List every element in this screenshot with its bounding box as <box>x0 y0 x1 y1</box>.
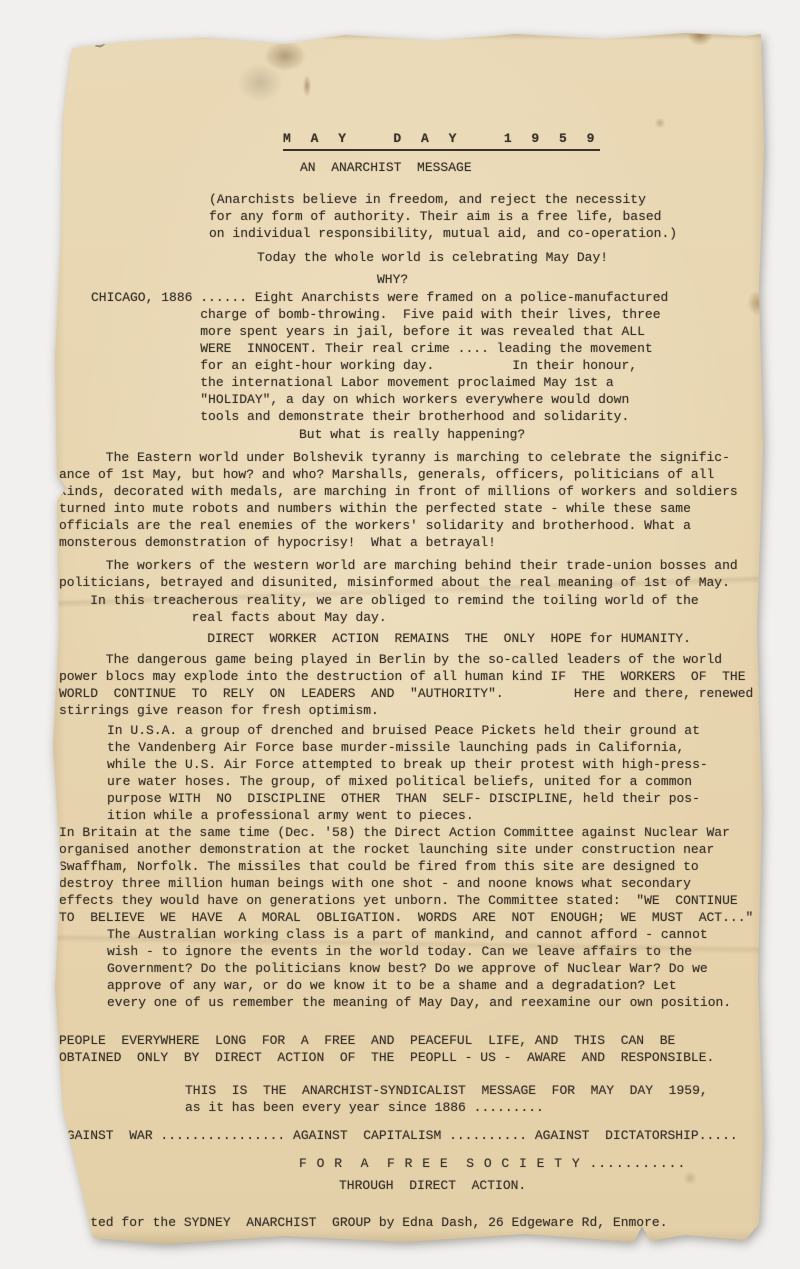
doc-subtitle: AN ANARCHIST MESSAGE <box>300 159 761 176</box>
usa-paragraph: In U.S.A. a group of drenched and bruise… <box>107 722 761 824</box>
doc-title: M A Y D A Y 1 9 5 9 <box>283 130 761 151</box>
eastern-world-paragraph: The Eastern world under Bolshevik tyrann… <box>59 449 761 551</box>
scanned-leaflet: M A Y D A Y 1 9 5 9 AN ANARCHIST MESSAGE… <box>0 0 800 1269</box>
chicago-paragraph: CHICAGO, 1886 ...... Eight Anarchists we… <box>91 289 761 425</box>
berlin-paragraph: The dangerous game being played in Berli… <box>59 651 761 719</box>
people-everywhere-paragraph: PEOPLE EVERYWHERE LONG FOR A FREE AND PE… <box>59 1032 761 1066</box>
happening-heading: But what is really happening? <box>299 426 761 443</box>
britain-paragraph: In Britain at the same time (Dec. '58) t… <box>59 824 761 926</box>
why-heading: WHY? <box>377 271 761 288</box>
australia-paragraph: The Australian working class is a part o… <box>107 926 761 1011</box>
through-direct-action-line: THROUGH DIRECT ACTION. <box>339 1177 761 1194</box>
syndicalist-message-paragraph: THIS IS THE ANARCHIST-SYNDICALIST MESSAG… <box>185 1082 761 1116</box>
western-world-paragraph: The workers of the western world are mar… <box>59 557 761 591</box>
intro-paragraph: (Anarchists believe in freedom, and reje… <box>209 191 761 242</box>
paper-shadow: M A Y D A Y 1 9 5 9 AN ANARCHIST MESSAGE… <box>0 0 800 1269</box>
free-society-slogan: F O R A F R E E S O C I E T Y ..........… <box>299 1155 761 1172</box>
treacherous-paragraph: In this treacherous reality, we are obli… <box>59 592 761 626</box>
today-line: Today the whole world is celebrating May… <box>257 249 761 266</box>
imprint-line: Printed for the SYDNEY ANARCHIST GROUP b… <box>59 1214 761 1231</box>
leaflet-content: M A Y D A Y 1 9 5 9 AN ANARCHIST MESSAGE… <box>59 28 761 1231</box>
against-slogans-line: AGAINST WAR ................ AGAINST CAP… <box>59 1127 761 1144</box>
doc-title-text: M A Y D A Y 1 9 5 9 <box>283 130 600 151</box>
direct-action-slogan: DIRECT WORKER ACTION REMAINS THE ONLY HO… <box>59 630 761 647</box>
paper-sheet: M A Y D A Y 1 9 5 9 AN ANARCHIST MESSAGE… <box>45 28 767 1246</box>
